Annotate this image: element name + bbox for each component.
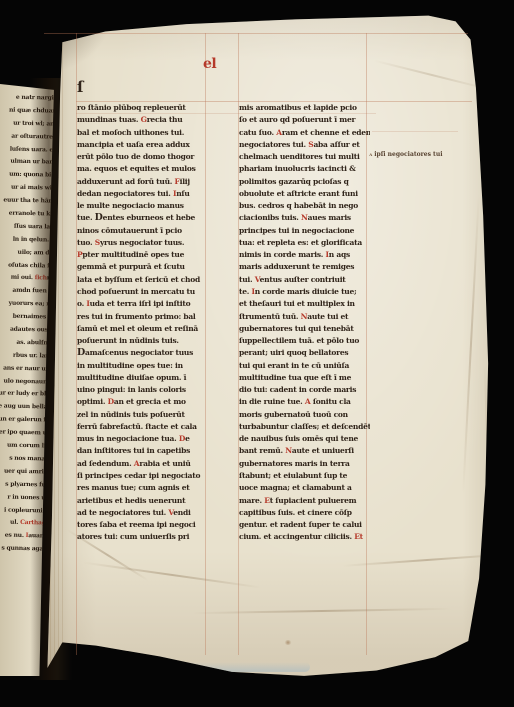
text-line: multitudine tua que eſt ī me [239,372,370,384]
text-line: ſuppellectilem tuā. et pōlo tuo [239,335,370,347]
parchment-stain [284,640,292,645]
text-line: principes tui in negociacione [239,225,370,237]
text-line: ciacionibs tuis. Naues maris [239,212,370,224]
photo-backdrop: e natr nargisni quæ chduanur troi wl; am… [0,0,514,707]
crease-line [374,60,491,91]
crease-line [462,194,480,494]
initial-letter: N [301,213,308,222]
text-line: ſi principes cedar ipi negociato [77,470,208,482]
text-line: ferrū fabrefactū. ſtacte et cala [77,421,208,433]
text-line: turbabuntur claſſes; et deſcendēt [239,421,370,433]
text-line: bant remū. Naute et uniuerſi [239,445,370,457]
text-line: gubernatores maris in terra [239,458,370,470]
ruling-line [44,33,468,34]
bottom-edge-tint [60,662,310,672]
text-line: res manus tue; cum agnis et [77,482,208,494]
text-column-right: mis aromatibus et lapide pcioſo et auro … [239,102,370,544]
text-line: tores ſaba et reema ipi negoci [77,519,208,531]
text-line: perant; uiri quoq bellatores [239,347,370,359]
crease-line [342,553,512,567]
text-column-left: ro ſtānio plūboq repleuerūtmundinas tuas… [77,102,208,544]
text-line: capitibus ſuis. et cinere cōſp [239,507,370,519]
text-line: uoce magna; et clamabunt a [239,482,370,494]
text-line: de nauibus ſuis omēs qui tene [239,433,370,445]
text-line: optimi. Dan et grecia et mo [77,396,208,408]
text-line: tuo. Syrus negociator tuus. [77,237,208,249]
text-line: atores tui: cum uniuerſis pri [77,531,208,543]
running-title: el [203,56,216,72]
text-line: ſo et auro qd poſuerunt ī mer [239,114,370,126]
text-line: ad te negociatores tui. Vendi [77,507,208,519]
text-line: tua: et repleta es: et glorificata [239,237,370,249]
text-line: moris gubernatoū tuoū con [239,409,370,421]
text-line: phariam inuolucris iacincti & [239,163,370,175]
text-line: dan inſtitores tui in capetibs [77,445,208,457]
text-line: le multe negociacio manus [77,200,208,212]
text-line: catu ſuo. Aram et chenne et eden [239,127,370,139]
text-line: o. Iuda et terra iſrl ipi inſtito [77,298,208,310]
text-line: ſamū et mel et oleum et reſinā [77,323,208,335]
text-line: res tui in frumento primo: bal [77,311,208,323]
text-line: lata et byſſum et ſericū et chod [77,274,208,286]
initial-letter: D [77,347,85,358]
ruling-line [372,131,458,132]
initial-letter: N [285,446,292,455]
text-line: et theſauri tui et multiplex in [239,298,370,310]
crease-line [484,364,495,614]
text-line: erūt pōlo tuo de domo thogor [77,151,208,163]
text-line: bal et moſoch uithones tui. [77,127,208,139]
text-line: adduxerunt ad forū tuū. Filij [77,176,208,188]
text-line: negociatores tui. Saba aſſur et [239,139,370,151]
crease-line [83,561,262,588]
text-line: uino pingui: in lanis coloris [77,384,208,396]
initial-letter: Et [354,532,363,541]
marginal-note: ʌipſi negociatores tui [369,151,442,159]
text-line: gubernatores tui qui tenebāt [239,323,370,335]
text-line: mare. Et ſupiacient puluerem [239,495,370,507]
marginal-note-text: ipſi negociatores tui [374,151,442,158]
text-line: gentur. et radent ſuper te calui [239,519,370,531]
text-line: obuolute et aſtricte erant funi [239,188,370,200]
pen-flourish: ſ [77,80,83,95]
text-line: bus. cedros q habebāt in nego [239,200,370,212]
text-line: ro ſtānio plūboq repleuerūt [77,102,208,114]
text-line: in multitudine opes tue: in [77,360,208,372]
text-line: mundinas tuas. Grecia thu [77,114,208,126]
text-line: nimis in corde maris. In aqs [239,249,370,261]
text-line: Ppter multitudinē opes tue [77,249,208,261]
text-line: mis aromatibus et lapide pcio [239,102,370,114]
crease-line [192,608,452,615]
text-line: zel in nūdinis tuis poſuerūt [77,409,208,421]
text-line: te. In corde maris diuicie tue; [239,286,370,298]
text-line: polimitos gazarūq pcioſas q [239,176,370,188]
text-line: arietibus et hedis uenerunt [77,495,208,507]
text-line: chelmach uenditores tui multi [239,151,370,163]
text-line: ad ſedendum. Arabia et uniū [77,458,208,470]
text-line: mus in negociacione tua. De [77,433,208,445]
text-line: maris adduxerunt te remiges [239,261,370,273]
text-line: Damaſcenus negociator tuus [77,347,208,359]
text-line: chod poſuerunt in mercatu tu [77,286,208,298]
text-line: multitudine diuiſae opum. ī [77,372,208,384]
text-line: ma. equos et equites et mulos [77,163,208,175]
text-line: mancipia et uaſa erea addux [77,139,208,151]
text-line: dio tui: cadent in corde maris [239,384,370,396]
text-line: poſuerunt in nūdinis tuis. [77,335,208,347]
text-line: tui qui erant in te cū uniūſa [239,360,370,372]
text-line: ſtrumentū tuū. Naute tui et [239,311,370,323]
text-line: tue. Dentes eburneos et hebe [77,212,208,224]
text-line: ſtabunt; et eiulabunt ſup te [239,470,370,482]
text-line: ninos cōmutauerunt ī pcio [77,225,208,237]
insertion-caret: ʌ [369,152,372,158]
text-line: dedan negociatores tui. Inſu [77,188,208,200]
initial-letter: D [95,212,103,223]
text-line: cium. et accingentur ciliciis. Et [239,531,370,543]
text-line: gemmā et purpurā et ſcutu [77,261,208,273]
text-line: tui. Ventus auſter contriuit [239,274,370,286]
text-line: in die ruine tue. A ſonitu cla [239,396,370,408]
inner-corner-shadow [42,14,112,74]
